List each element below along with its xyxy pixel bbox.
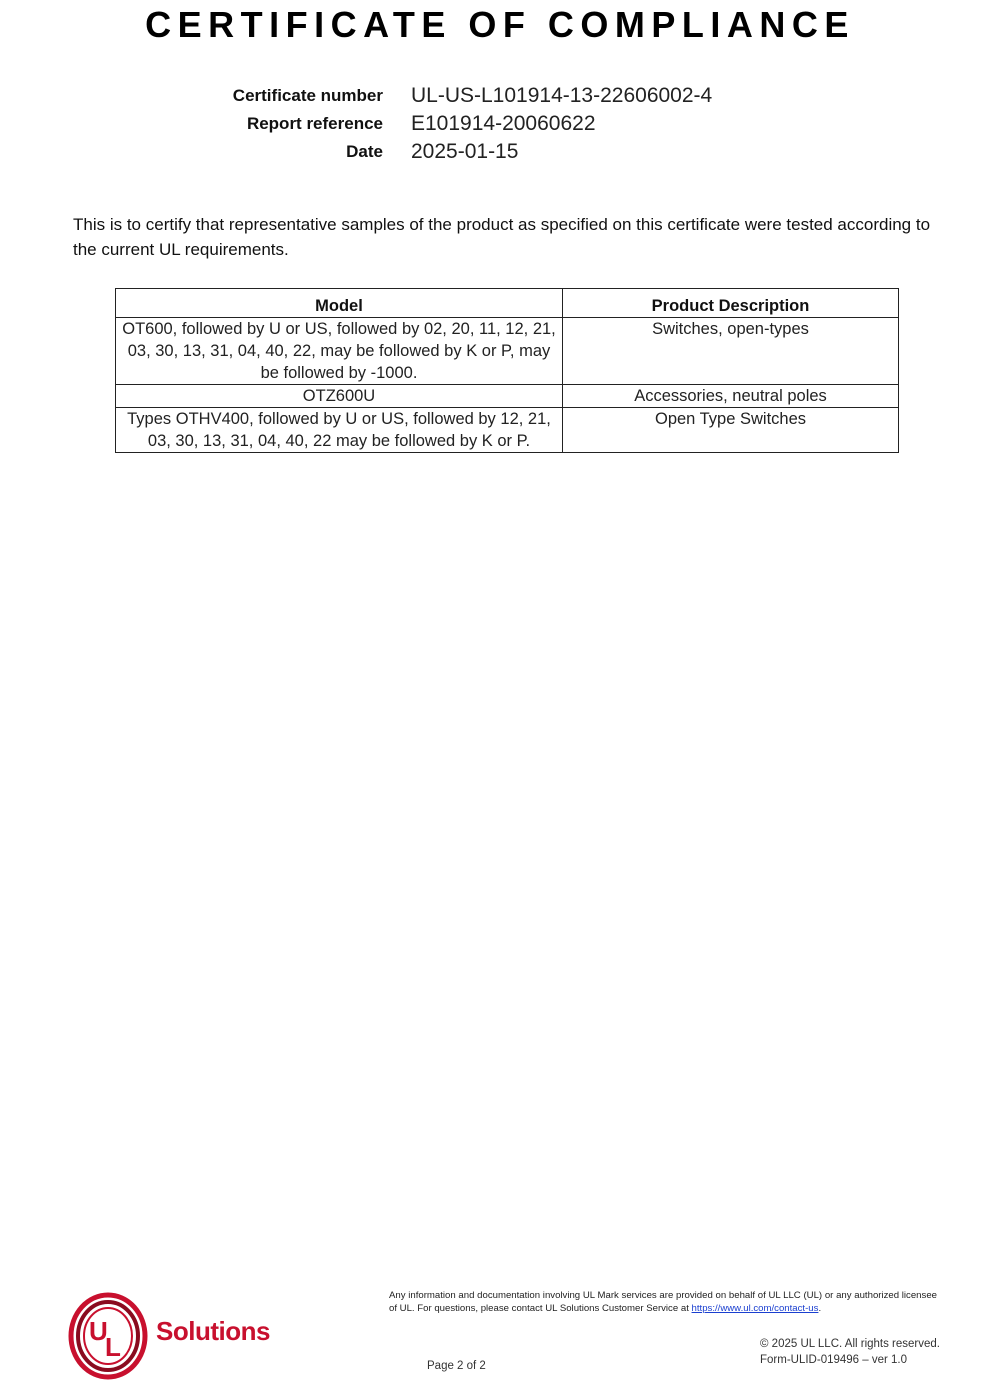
certificate-title: CERTIFICATE OF COMPLIANCE (0, 4, 1000, 46)
footer-disclaimer: Any information and documentation involv… (389, 1290, 937, 1315)
certificate-number-value: UL-US-L101914-13-22606002-4 (411, 84, 712, 108)
ul-solutions-logo: U L Solutions (68, 1290, 268, 1382)
column-header-description: Product Description (563, 289, 899, 318)
report-reference-value: E101914-20060622 (411, 112, 596, 136)
certification-statement: This is to certify that representative s… (73, 212, 943, 262)
ul-logo-icon: U L (68, 1290, 152, 1382)
meta-label: Certificate number (180, 84, 383, 106)
model-table: Model Product Description OT600, followe… (115, 288, 899, 453)
copyright-block: © 2025 UL LLC. All rights reserved. Form… (760, 1336, 940, 1368)
svg-text:L: L (105, 1332, 121, 1362)
meta-label: Report reference (180, 112, 383, 134)
table-row: OTZ600U Accessories, neutral poles (116, 385, 899, 408)
meta-row-report-reference: Report reference E101914-20060622 (180, 112, 712, 140)
column-header-model: Model (116, 289, 563, 318)
certificate-meta: Certificate number UL-US-L101914-13-2260… (180, 84, 712, 168)
model-cell: OT600, followed by U or US, followed by … (116, 318, 563, 385)
contact-us-link[interactable]: https://www.ul.com/contact-us (692, 1303, 819, 1314)
meta-row-certificate-number: Certificate number UL-US-L101914-13-2260… (180, 84, 712, 112)
form-id: Form-ULID-019496 – ver 1.0 (760, 1352, 940, 1368)
meta-label: Date (180, 140, 383, 162)
table-row: Types OTHV400, followed by U or US, foll… (116, 408, 899, 453)
table-header-row: Model Product Description (116, 289, 899, 318)
model-cell: OTZ600U (116, 385, 563, 408)
meta-row-date: Date 2025-01-15 (180, 140, 712, 168)
description-cell: Switches, open-types (563, 318, 899, 385)
table-row: OT600, followed by U or US, followed by … (116, 318, 899, 385)
page-number: Page 2 of 2 (427, 1360, 486, 1372)
date-value: 2025-01-15 (411, 140, 518, 164)
disclaimer-text: Any information and documentation involv… (389, 1290, 937, 1314)
model-cell: Types OTHV400, followed by U or US, foll… (116, 408, 563, 453)
disclaimer-end: . (818, 1303, 821, 1314)
logo-wordmark: Solutions (156, 1316, 270, 1347)
description-cell: Open Type Switches (563, 408, 899, 453)
copyright-text: © 2025 UL LLC. All rights reserved. (760, 1336, 940, 1352)
description-cell: Accessories, neutral poles (563, 385, 899, 408)
